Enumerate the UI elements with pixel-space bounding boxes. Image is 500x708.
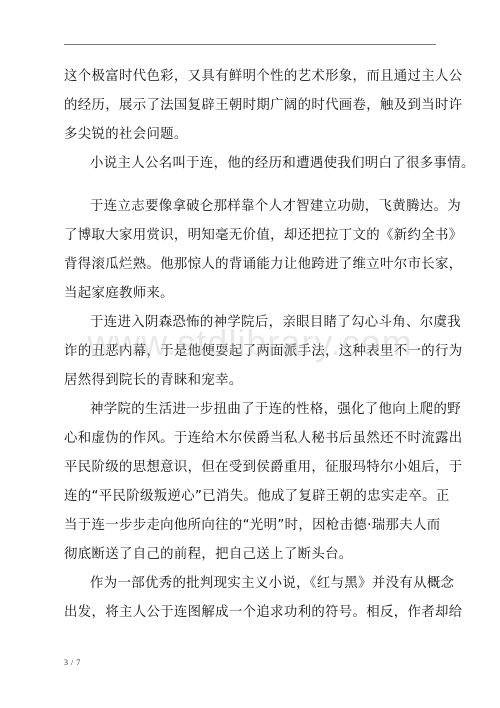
body-text: 这个极富时代色彩，又具有鲜明个性的艺术形象，而且通过主人公 的经历，展示了法国复… (64, 62, 436, 627)
header-rule (64, 44, 436, 45)
paragraph-5: 神学院的生活进一步扭曲了于连的性格，强化了他向上爬的野 心和虚伪的作风。于连给木… (64, 395, 436, 569)
text-line: 这个极富时代色彩，又具有鲜明个性的艺术形象，而且通过主人公 (64, 62, 436, 91)
text-line: 彻底断送了自己的前程，把自己送上了断头台。 (64, 540, 436, 569)
text-line: 神学院的生活进一步扭曲了于连的性格，强化了他向上爬的野 (64, 395, 436, 424)
text-line: 平民阶级的思想意识，但在受到侯爵重用，征服玛特尔小姐后，于 (64, 453, 436, 482)
text-line: 作为一部优秀的批判现实主义小说，《红与黑》并没有从概念 (64, 569, 436, 598)
text-line: 小说主人公名叫于连，他的经历和遭遇使我们明白了很多事情。 (64, 149, 436, 178)
text-line: 出发，将主人公于连图解成一个追求功利的符号。相反，作者却给 (64, 598, 436, 627)
text-line: 背得滚瓜烂熟。他那惊人的背诵能力让他跨进了维立叶尔市长家， (64, 250, 436, 279)
text-line: 当于连一步步走向他所向往的“光明”时，因枪击德·瑞那夫人而 (64, 511, 436, 540)
text-line: 诈的丑恶内幕，于是他便耍起了两面派手法，这种表里不一的行为 (64, 337, 436, 366)
text-line: 心和虚伪的作风。于连给木尔侯爵当私人秘书后虽然还不时流露出 (64, 424, 436, 453)
text-line: 多尖锐的社会问题。 (64, 120, 436, 149)
paragraph-1: 这个极富时代色彩，又具有鲜明个性的艺术形象，而且通过主人公 的经历，展示了法国复… (64, 62, 436, 149)
text-line: 的经历，展示了法国复辟王朝时期广阔的时代画卷，触及到当时许 (64, 91, 436, 120)
paragraph-2: 小说主人公名叫于连，他的经历和遭遇使我们明白了很多事情。 (64, 149, 436, 178)
text-line: 居然得到院长的青睐和宠幸。 (64, 366, 436, 395)
text-line: 了博取大家用赏识，明知毫无价值，却还把拉丁文的《新约全书》 (64, 221, 436, 250)
document-page: 这个极富时代色彩，又具有鲜明个性的艺术形象，而且通过主人公 的经历，展示了法国复… (0, 0, 500, 708)
paragraph-6: 作为一部优秀的批判现实主义小说，《红与黑》并没有从概念 出发，将主人公于连图解成… (64, 569, 436, 627)
page-number: 3 / 7 (64, 658, 81, 667)
text-line: 于连立志要像拿破仑那样靠个人才智建立功勋，飞黄腾达。为 (64, 192, 436, 221)
paragraph-4: 于连进入阴森恐怖的神学院后，亲眼目睹了勾心斗角、尔虞我 诈的丑恶内幕，于是他便耍… (64, 308, 436, 395)
paragraph-3: 于连立志要像拿破仑那样靠个人才智建立功勋，飞黄腾达。为 了博取大家用赏识，明知毫… (64, 192, 436, 308)
text-line: 连的“平民阶级叛逆心”已消失。他成了复辟王朝的忠实走卒。正 (64, 482, 436, 511)
text-line: 于连进入阴森恐怖的神学院后，亲眼目睹了勾心斗角、尔虞我 (64, 308, 436, 337)
text-line: 当起家庭教师来。 (64, 279, 436, 308)
